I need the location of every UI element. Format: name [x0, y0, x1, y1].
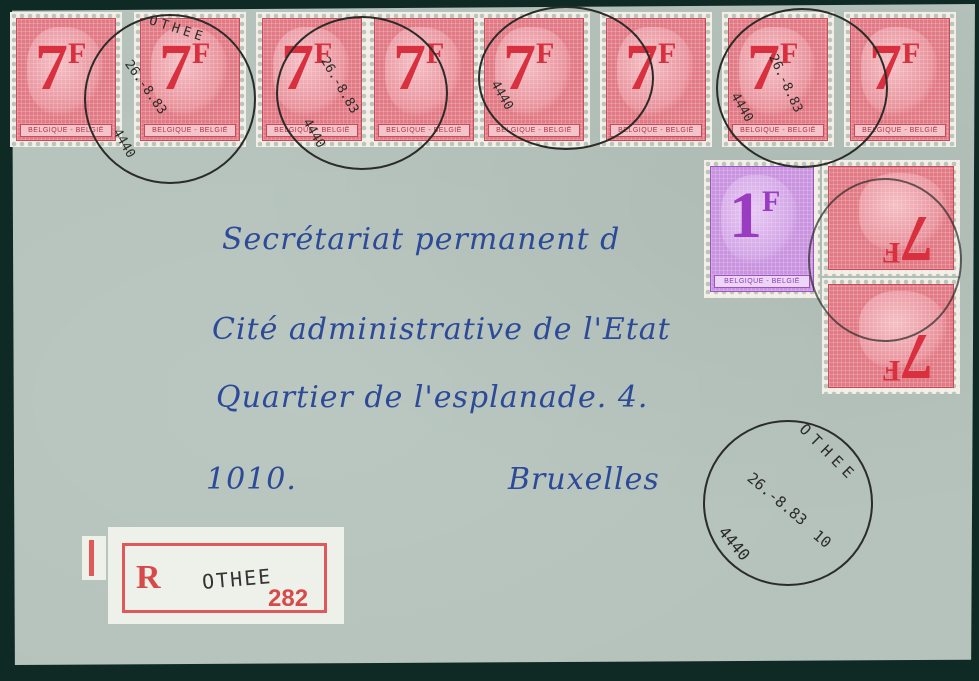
stamp-face: 7FBELGIQUE - BELGIË	[16, 18, 116, 141]
stamp-value: 7F	[393, 35, 444, 101]
stamp-7f: 7FBELGIQUE - BELGIË	[478, 12, 590, 147]
stamp-value: 7F	[35, 35, 86, 101]
stamp-value: 7F	[747, 35, 798, 101]
stamp-country: BELGIQUE - BELGIË	[378, 124, 470, 137]
stamp-value: 7F	[882, 205, 933, 270]
stamp-7f: 7FBELGIQUE - BELGIË	[844, 12, 956, 147]
registration-number: 282	[268, 585, 308, 613]
stamp-value: 7F	[159, 35, 210, 101]
stamp-value: 7F	[882, 323, 933, 388]
address-city: Bruxelles	[508, 462, 660, 497]
address-line-1: Secrétariat permanent d	[222, 222, 620, 257]
address-line-3: Quartier de l'esplanade. 4.	[216, 380, 648, 415]
address-line-2: Cité administrative de l'Etat	[212, 312, 671, 347]
stamp-face: 7FBELGIQUE - BELGIË	[606, 18, 706, 141]
stamp-face: 7F	[828, 166, 954, 270]
stamp-7f-rotated-1: 7F	[822, 160, 960, 276]
address-postcode: 1010.	[206, 462, 297, 497]
stamp-value: 1F	[729, 183, 780, 249]
stamp-7f-rotated-2: 7F	[822, 278, 960, 394]
stamp-value: 7F	[281, 35, 332, 101]
stamp-country: BELGIQUE - BELGIË	[144, 124, 236, 137]
stamp-country: BELGIQUE - BELGIË	[714, 275, 810, 288]
stamp-face: 7FBELGIQUE - BELGIË	[728, 18, 828, 141]
registration-letter: R	[136, 559, 161, 597]
stamp-7f: 7FBELGIQUE - BELGIË	[134, 12, 246, 147]
stamp-country: BELGIQUE - BELGIË	[732, 124, 824, 137]
stamp-1f-violet: 1F BELGIQUE - BELGIË	[704, 160, 820, 298]
stamp-face: 1F BELGIQUE - BELGIË	[710, 166, 814, 292]
stamp-face: 7F	[828, 284, 954, 388]
stamp-country: BELGIQUE - BELGIË	[20, 124, 112, 137]
stamp-7f: 7FBELGIQUE - BELGIË	[600, 12, 712, 147]
stamp-country: BELGIQUE - BELGIË	[854, 124, 946, 137]
stamp-value: 7F	[869, 35, 920, 101]
stamp-value: 7F	[625, 35, 676, 101]
stamp-7f: 7FBELGIQUE - BELGIË	[256, 12, 368, 147]
registration-label: R OTHEE 282	[108, 527, 344, 624]
stamp-country: BELGIQUE - BELGIË	[488, 124, 580, 137]
stamp-value: 7F	[503, 35, 554, 101]
stamp-face: 7FBELGIQUE - BELGIË	[484, 18, 584, 141]
stamp-face: 7FBELGIQUE - BELGIË	[374, 18, 474, 141]
stamp-7f: 7FBELGIQUE - BELGIË	[368, 12, 480, 147]
registration-label-fragment	[82, 536, 106, 580]
stamp-face: 7FBELGIQUE - BELGIË	[850, 18, 950, 141]
stamp-country: BELGIQUE - BELGIË	[610, 124, 702, 137]
stamp-country: BELGIQUE - BELGIË	[266, 124, 358, 137]
stamp-7f: 7FBELGIQUE - BELGIË	[10, 12, 122, 147]
stamp-7f: 7FBELGIQUE - BELGIË	[722, 12, 834, 147]
stamp-face: 7FBELGIQUE - BELGIË	[140, 18, 240, 141]
stamp-face: 7FBELGIQUE - BELGIË	[262, 18, 362, 141]
